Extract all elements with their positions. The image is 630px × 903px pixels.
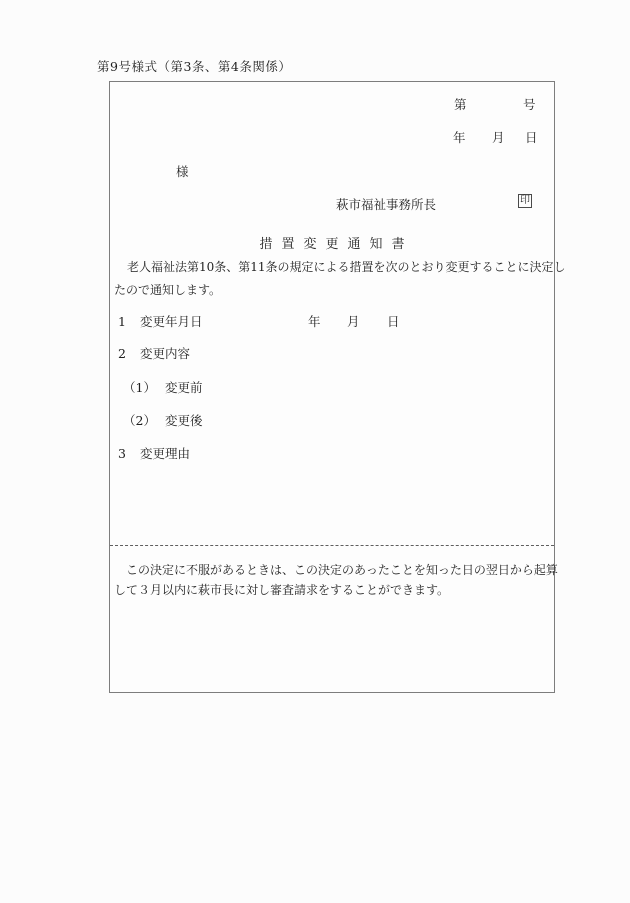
appeal-note-line2: して３月以内に萩市長に対し審査請求をすることができます。 [114, 584, 449, 596]
item2-2-label: 変更後 [165, 415, 203, 428]
item3-number: 3 [118, 448, 126, 461]
date-month-label: 月 [492, 132, 505, 145]
item1-number: 1 [118, 316, 126, 329]
form-style-label: 第9号様式（第3条、第4条関係） [97, 57, 291, 75]
item2-1-label: 変更前 [165, 382, 203, 395]
notice-frame: 第 号 年 月 日 様 萩市福祉事務所長 印 措置変更通知書 老人福祉法第10条… [109, 81, 555, 693]
document-page: 第9号様式（第3条、第4条関係） 第 号 年 月 日 様 萩市福祉事務所長 印 … [0, 0, 630, 903]
item1-day-label: 日 [387, 316, 400, 329]
dotted-separator [110, 545, 554, 546]
doc-number-suffix: 号 [523, 99, 536, 112]
appeal-note-line1: この決定に不服があるときは、この決定のあったことを知った日の翌日から起算 [126, 564, 558, 576]
item1-year-label: 年 [308, 316, 321, 329]
item2-number: 2 [118, 348, 126, 361]
item2-1-number: （1） [123, 382, 156, 395]
seal-mark: 印 [518, 194, 532, 208]
item2-2-number: （2） [123, 415, 156, 428]
item1-label: 変更年月日 [140, 316, 203, 329]
item2-label: 変更内容 [140, 348, 190, 361]
addressee-honorific: 様 [176, 166, 189, 179]
sender-title: 萩市福祉事務所長 [336, 199, 436, 212]
doc-number-prefix: 第 [454, 99, 467, 112]
item3-label: 変更理由 [140, 448, 190, 461]
document-title: 措置変更通知書 [110, 233, 554, 252]
body-paragraph-line2: たので通知します。 [114, 284, 221, 296]
date-year-label: 年 [453, 132, 466, 145]
date-day-label: 日 [525, 132, 538, 145]
item1-month-label: 月 [347, 316, 360, 329]
body-paragraph-line1: 老人福祉法第10条、第11条の規定による措置を次のとおり変更することに決定し [127, 261, 566, 273]
